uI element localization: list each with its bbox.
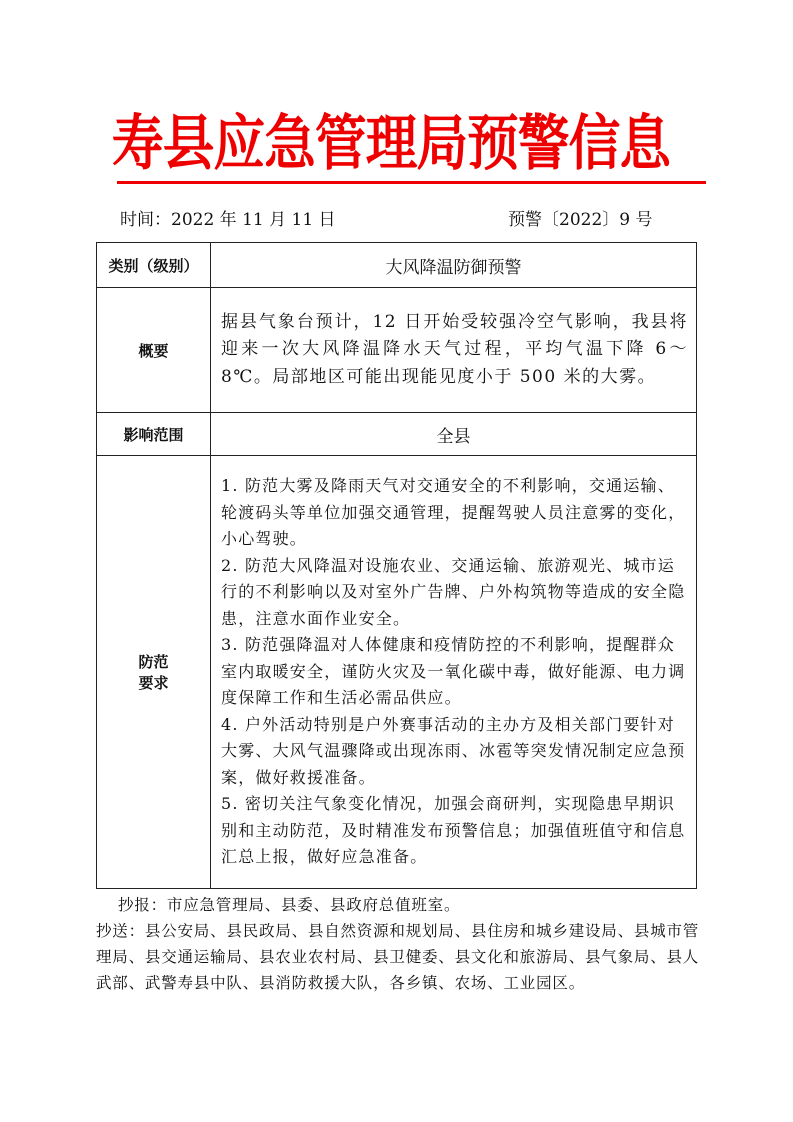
row-scope: 影响范围 全县 xyxy=(97,413,697,456)
document-number: 预警〔2022〕9 号 xyxy=(508,205,652,230)
category-value: 大风降温防御预警 xyxy=(211,243,697,288)
distribution-footer: 抄报：市应急管理局、县委、县政府总值班室。 抄送：县公安局、县民政局、县自然资源… xyxy=(118,892,708,996)
summary-value: 据县气象台预计，12 日开始受较强冷空气影响，我县将迎来一次大风降温降水天气过程… xyxy=(211,288,697,413)
requirement-item: 5. 密切关注气象变化情况，加强会商研判，实现隐患早期识别和主动防范，及时精准发… xyxy=(221,791,688,871)
title-red-rule xyxy=(117,181,706,184)
row-summary: 概要 据县气象台预计，12 日开始受较强冷空气影响，我县将迎来一次大风降温降水天… xyxy=(97,288,697,413)
requirements-label-line1: 防范 xyxy=(97,651,210,672)
row-category: 类别（级别） 大风降温防御预警 xyxy=(97,243,697,288)
issue-date: 时间：2022 年 11 月 11 日 xyxy=(120,205,336,230)
requirement-item: 2. 防范大风降温对设施农业、交通运输、旅游观光、城市运行的不利影响以及对室外广… xyxy=(221,553,688,633)
category-label: 类别（级别） xyxy=(97,243,211,288)
row-requirements: 防范 要求 1. 防范大雾及降雨天气对交通安全的不利影响，交通运输、轮渡码头等单… xyxy=(97,456,697,889)
time-label: 时间： xyxy=(120,210,171,230)
scope-value: 全县 xyxy=(211,413,697,456)
requirement-item: 1. 防范大雾及降雨天气对交通安全的不利影响，交通运输、轮渡码头等单位加强交通管… xyxy=(221,473,688,553)
warning-table: 类别（级别） 大风降温防御预警 概要 据县气象台预计，12 日开始受较强冷空气影… xyxy=(96,242,697,889)
time-value: 2022 年 11 月 11 日 xyxy=(171,210,336,230)
scope-label: 影响范围 xyxy=(97,413,211,456)
document-title: 寿县应急管理局预警信息 xyxy=(112,108,628,180)
requirements-label-line2: 要求 xyxy=(97,672,210,693)
requirement-item: 4. 户外活动特别是户外赛事活动的主办方及相关部门要针对大雾、大风气温骤降或出现… xyxy=(221,712,688,792)
requirements-list: 1. 防范大雾及降雨天气对交通安全的不利影响，交通运输、轮渡码头等单位加强交通管… xyxy=(211,456,697,889)
copy-to: 抄送：县公安局、县民政局、县自然资源和规划局、县住房和城乡建设局、县城市管理局、… xyxy=(96,918,708,996)
requirement-item: 3. 防范强降温对人体健康和疫情防控的不利影响，提醒群众室内取暖安全，谨防火灾及… xyxy=(221,632,688,712)
summary-label: 概要 xyxy=(97,288,211,413)
report-to: 抄报：市应急管理局、县委、县政府总值班室。 xyxy=(118,892,708,918)
requirements-label: 防范 要求 xyxy=(97,456,211,889)
